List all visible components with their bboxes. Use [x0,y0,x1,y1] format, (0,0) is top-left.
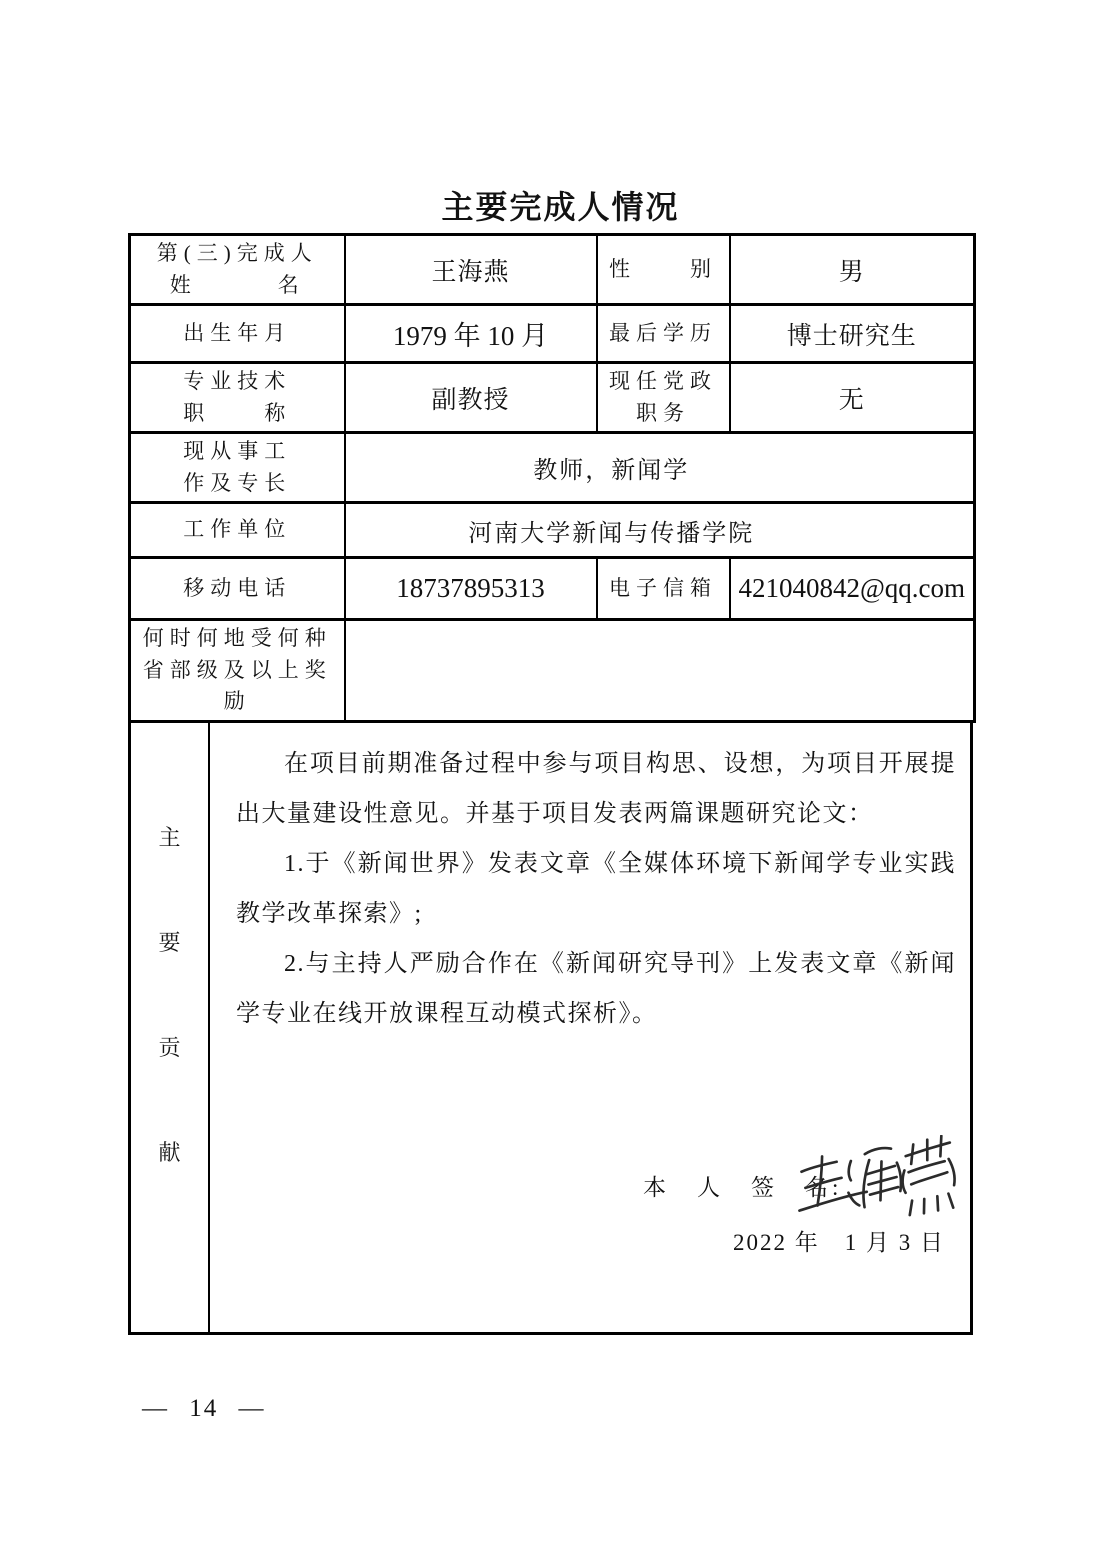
current-work-label-line2: 作及专长 [135,468,340,500]
current-work-label-line1: 现从事工 [135,436,340,468]
gender-value: 男 [730,235,975,305]
mobile-phone-value: 18737895313 [345,558,597,620]
degree-label: 最后学历 [597,305,730,363]
professional-title-label: 专业技术 职 称 [130,363,345,433]
table-row-birth-degree: 出生年月 1979 年 10 月 最后学历 博士研究生 [130,305,975,363]
table-row-awards: 何时何地受何种 省部级及以上奖励 [130,620,975,722]
professional-title-label-line2: 职 称 [135,398,340,430]
professional-title-label-line1: 专业技术 [135,366,340,398]
completer-name-label: 第(三)完成人 姓 名 [130,235,345,305]
party-position-value: 无 [730,363,975,433]
table-row-phone-email: 移动电话 18737895313 电子信箱 421040842@qq.com [130,558,975,620]
party-position-label-line1: 现任党政 [602,366,725,398]
table-row-title-position: 专业技术 职 称 副教授 现任党政 职务 无 [130,363,975,433]
gender-label: 性 别 [597,235,730,305]
table-row-current-work: 现从事工 作及专长 教师，新闻学 [130,433,975,503]
party-position-label-line2: 职务 [602,398,725,430]
degree-value: 博士研究生 [730,305,975,363]
work-unit-value: 河南大学新闻与传播学院 [345,503,975,558]
work-unit-label: 工作单位 [130,503,345,558]
current-work-value: 教师，新闻学 [345,433,975,503]
main-contribution-label-char: 贡 [158,1031,180,1062]
mobile-phone-label: 移动电话 [130,558,345,620]
birth-date-label: 出生年月 [130,305,345,363]
table-row-work-unit: 工作单位 河南大学新闻与传播学院 [130,503,975,558]
completer-name-label-line1: 第(三)完成人 [135,238,340,270]
completer-name-value: 王海燕 [345,235,597,305]
page-title: 主要完成人情况 [138,182,983,228]
awards-label-line2: 省部级及以上奖励 [135,655,340,718]
contribution-paragraph: 1.于《新闻世界》发表文章《全媒体环境下新闻学专业实践教学改革探索》; [236,839,956,939]
contribution-paragraph: 2.与主持人严励合作在《新闻研究导刊》上发表文章《新闻学专业在线开放课程互动模式… [236,939,956,1039]
awards-label: 何时何地受何种 省部级及以上奖励 [130,620,345,722]
email-label: 电子信箱 [597,558,730,620]
birth-date-value: 1979 年 10 月 [345,305,597,363]
email-value: 421040842@qq.com [730,558,975,620]
contribution-paragraph: 在项目前期准备过程中参与项目构思、设想，为项目开展提出大量建设性意见。并基于项目… [236,739,956,839]
table-row-name-gender: 第(三)完成人 姓 名 王海燕 性 别 男 [130,235,975,305]
professional-title-value: 副教授 [345,363,597,433]
info-table: 第(三)完成人 姓 名 王海燕 性 别 男 出生年月 1979 年 10 月 最… [128,233,976,723]
main-contribution-content: 在项目前期准备过程中参与项目构思、设想，为项目开展提出大量建设性意见。并基于项目… [210,723,970,1332]
document-page: 主要完成人情况 第(三)完成人 姓 名 王海燕 性 别 男 出生年月 [0,0,1102,1559]
page-number: — 14 — [142,1395,266,1423]
signature-date: 2022 年 1 月 3 日 [733,1231,945,1254]
main-contribution-label: 主 要 贡 献 [131,723,210,1332]
completer-name-label-line2: 姓 名 [135,270,340,302]
main-contribution-row: 主 要 贡 献 在项目前期准备过程中参与项目构思、设想，为项目开展提出大量建设性… [128,723,973,1335]
main-contribution-label-char: 献 [158,1136,180,1167]
main-contribution-label-char: 要 [158,926,180,957]
signature-handwriting: 王海燕 [795,1135,963,1229]
awards-label-line1: 何时何地受何种 [135,623,340,655]
party-position-label: 现任党政 职务 [597,363,730,433]
current-work-label: 现从事工 作及专长 [130,433,345,503]
completer-form: 第(三)完成人 姓 名 王海燕 性 别 男 出生年月 1979 年 10 月 最… [128,233,973,1335]
main-contribution-label-char: 主 [158,821,180,852]
awards-value [345,620,975,722]
